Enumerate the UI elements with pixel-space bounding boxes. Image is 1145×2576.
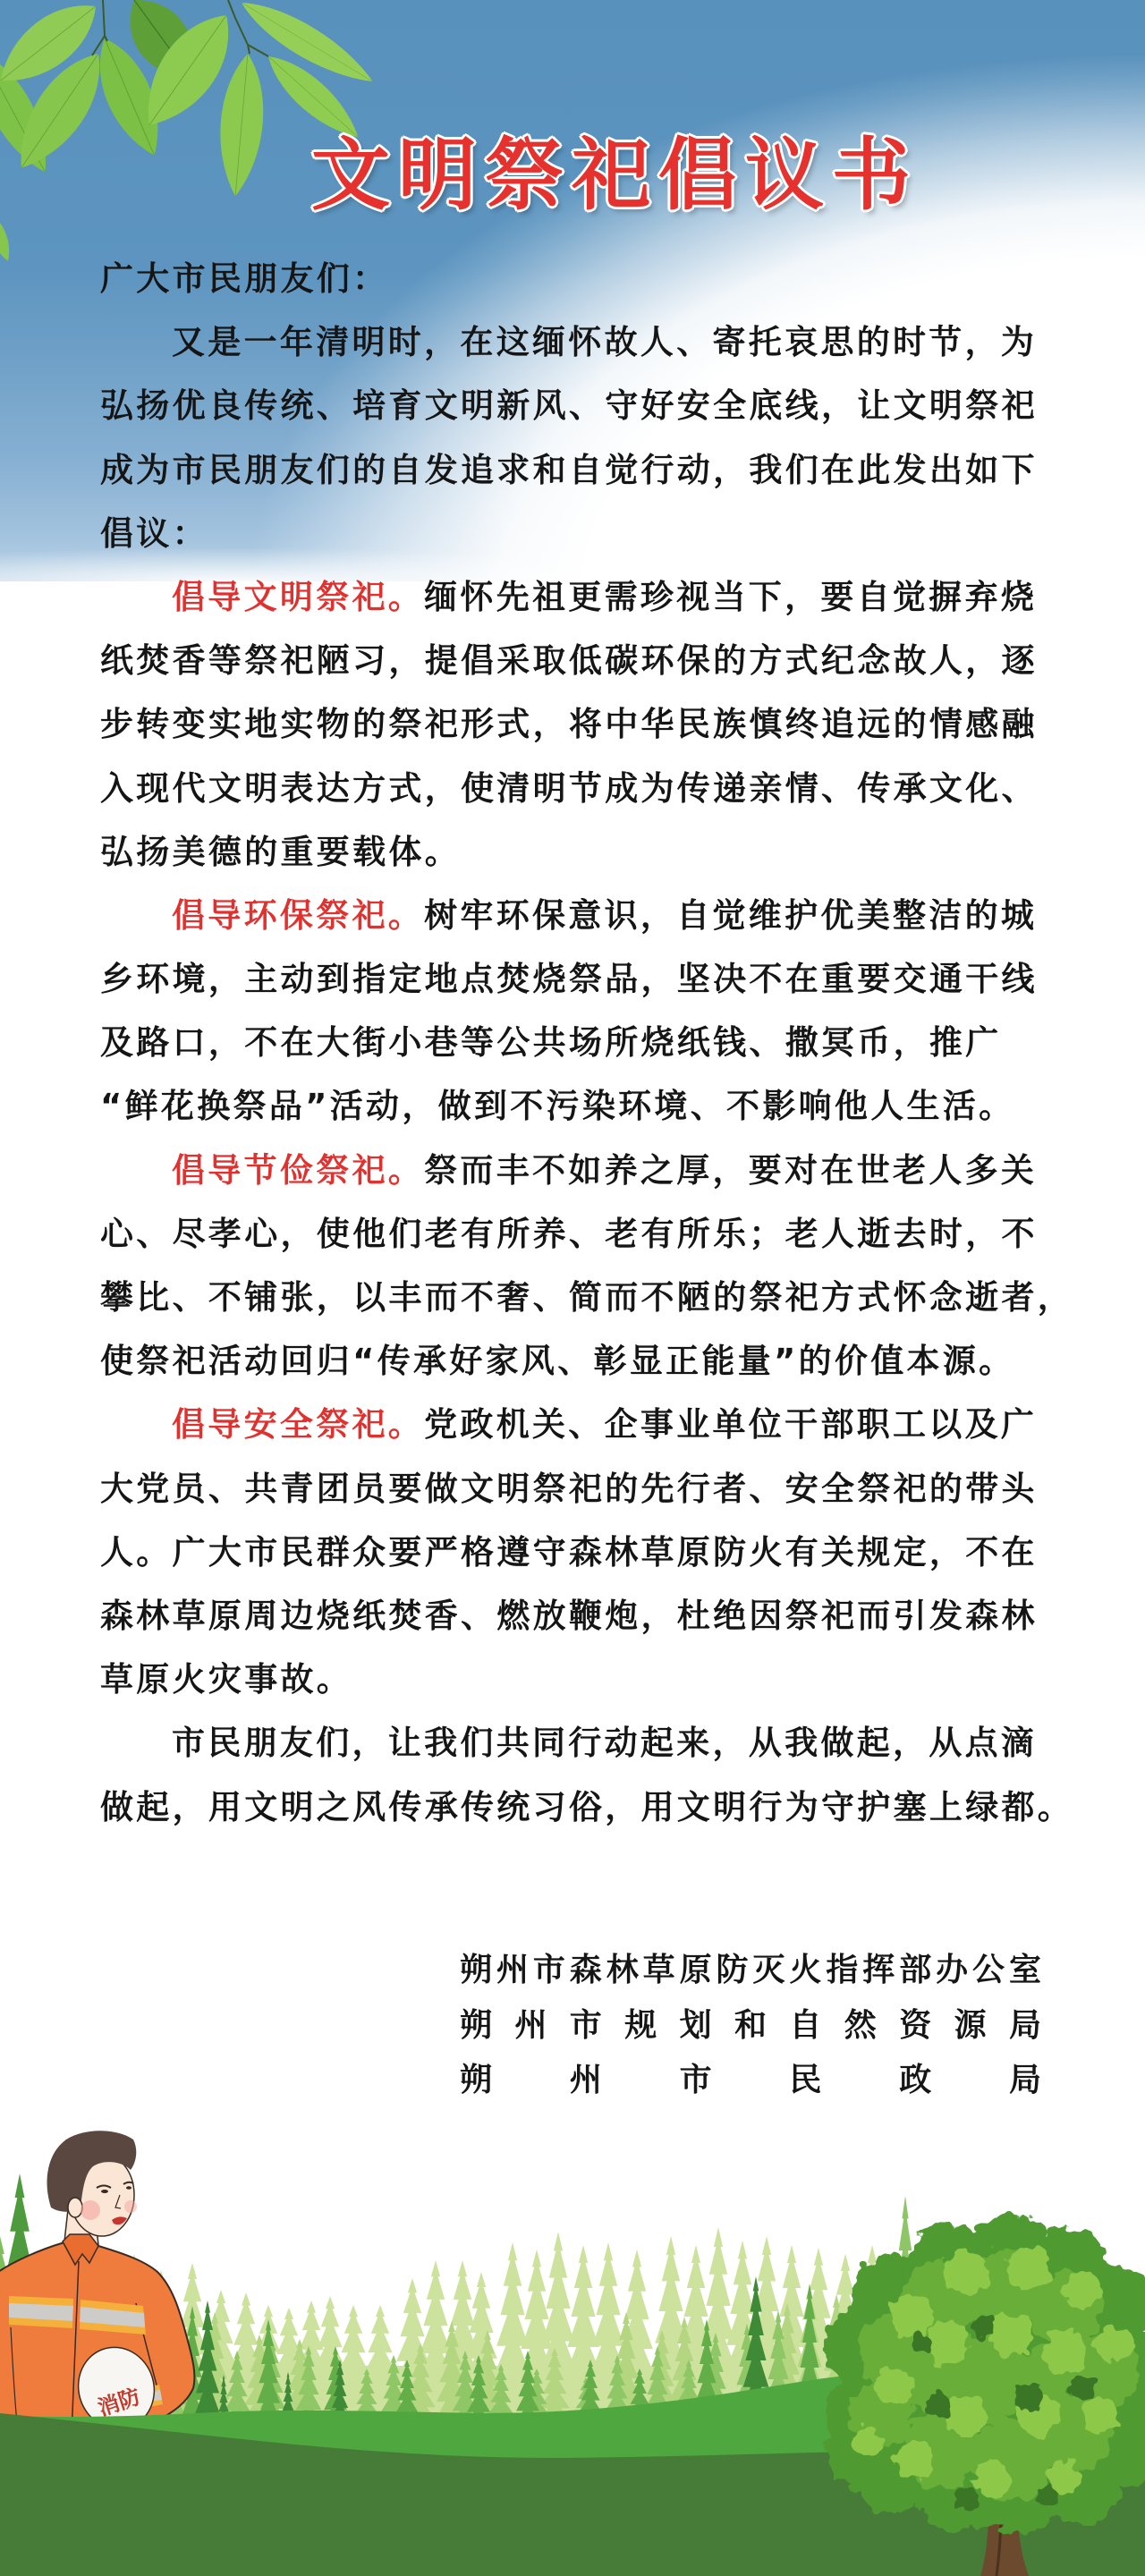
proposal-safety-first-line: 倡导安全祭祀。党政机关、企事业单位干部职工以及广 — [100, 1393, 1093, 1456]
proposal-heading: 倡导环保祭祀。 — [172, 896, 424, 935]
proposal-line: 步转变实地实物的祭祀形式，将中华民族慎终追远的情感融 — [100, 692, 1093, 756]
proposal-heading: 倡导文明祭祀。 — [172, 578, 424, 616]
intro-line: 倡议： — [100, 502, 1093, 565]
closing-line: 做起，用文明之风传承传统习俗，用文明行为守护塞上绿都。 — [100, 1775, 1093, 1839]
proposal-body: 广大市民朋友们： 又是一年清明时，在这缅怀故人、寄托哀思的时节，为 弘扬优良传统… — [100, 247, 1093, 1839]
poster-page: 文明祭祀倡议书 广大市民朋友们： 又是一年清明时，在这缅怀故人、寄托哀思的时节，… — [0, 0, 1145, 2576]
proposal-line: 入现代文明表达方式，使清明节成为传递亲情、传承文化、 — [100, 757, 1093, 820]
proposal-frugal-first-line: 倡导节俭祭祀。祭而丰不如养之厚，要对在世老人多关 — [100, 1139, 1093, 1202]
proposal-civilized-first-line: 倡导文明祭祀。缅怀先祖更需珍视当下，要自觉摒弃烧 — [100, 565, 1093, 629]
firefighter-illustration: 消防 — [0, 2131, 194, 2438]
proposal-line: 及路口，不在大街小巷等公共场所烧纸钱、撒冥币，推广 — [100, 1011, 1093, 1074]
forest-scene: 消防 — [0, 2120, 1145, 2576]
intro-line: 弘扬优良传统、培育文明新风、守好安全底线，让文明祭祀 — [100, 374, 1093, 437]
proposal-line: 纸焚香等祭祀陋习，提倡采取低碳环保的方式纪念故人，逐 — [100, 629, 1093, 692]
proposal-text: 缅怀先祖更需珍视当下，要自觉摒弃烧 — [424, 578, 1037, 616]
intro-line: 又是一年清明时，在这缅怀故人、寄托哀思的时节，为 — [100, 310, 1093, 374]
signatory: 朔州市森林草原防灭火指挥部办公室 — [460, 1943, 1041, 1998]
signatory: 朔州市民政局 — [460, 2053, 1041, 2108]
proposal-eco-first-line: 倡导环保祭祀。树牢环保意识，自觉维护优美整洁的城 — [100, 884, 1093, 947]
signatory-block: 朔州市森林草原防灭火指挥部办公室 朔州市规划和自然资源局 朔州市民政局 — [460, 1943, 1041, 2108]
closing-line: 市民朋友们，让我们共同行动起来，从我做起，从点滴 — [100, 1711, 1093, 1775]
proposal-text: 党政机关、企事业单位干部职工以及广 — [424, 1405, 1037, 1444]
proposal-line: 攀比、不铺张，以丰而不奢、简而不陋的祭祀方式怀念逝者， — [100, 1266, 1093, 1329]
proposal-line: 弘扬美德的重要载体。 — [100, 820, 1093, 884]
proposal-text: 祭而丰不如养之厚，要对在世老人多关 — [424, 1151, 1037, 1190]
proposal-line: 森林草原周边烧纸焚香、燃放鞭炮，杜绝因祭祀而引发森林 — [100, 1584, 1093, 1648]
intro-line: 成为市民朋友们的自发追求和自觉行动，我们在此发出如下 — [100, 438, 1093, 502]
proposal-line: 心、尽孝心，使他们老有所养、老有所乐；老人逝去时，不 — [100, 1202, 1093, 1266]
poster-title: 文明祭祀倡议书 — [311, 132, 919, 218]
proposal-line: 使祭祀活动回归“传承好家风、彰显正能量”的价值本源。 — [100, 1329, 1093, 1393]
proposal-heading: 倡导节俭祭祀。 — [172, 1151, 424, 1190]
signatory: 朔州市规划和自然资源局 — [460, 1998, 1041, 2054]
proposal-text: 树牢环保意识，自觉维护优美整洁的城 — [424, 896, 1037, 935]
proposal-line: 乡环境，主动到指定地点焚烧祭品，坚决不在重要交通干线 — [100, 947, 1093, 1011]
salutation: 广大市民朋友们： — [100, 247, 1093, 310]
proposal-line: 人。广大市民群众要严格遵守森林草原防火有关规定，不在 — [100, 1521, 1093, 1584]
proposal-line: 草原火灾事故。 — [100, 1648, 1093, 1711]
ear — [68, 2198, 82, 2217]
proposal-line: “鲜花换祭品”活动，做到不污染环境、不影响他人生活。 — [100, 1074, 1093, 1138]
proposal-heading: 倡导安全祭祀。 — [172, 1405, 424, 1444]
proposal-line: 大党员、共青团员要做文明祭祀的先行者、安全祭祀的带头 — [100, 1457, 1093, 1521]
